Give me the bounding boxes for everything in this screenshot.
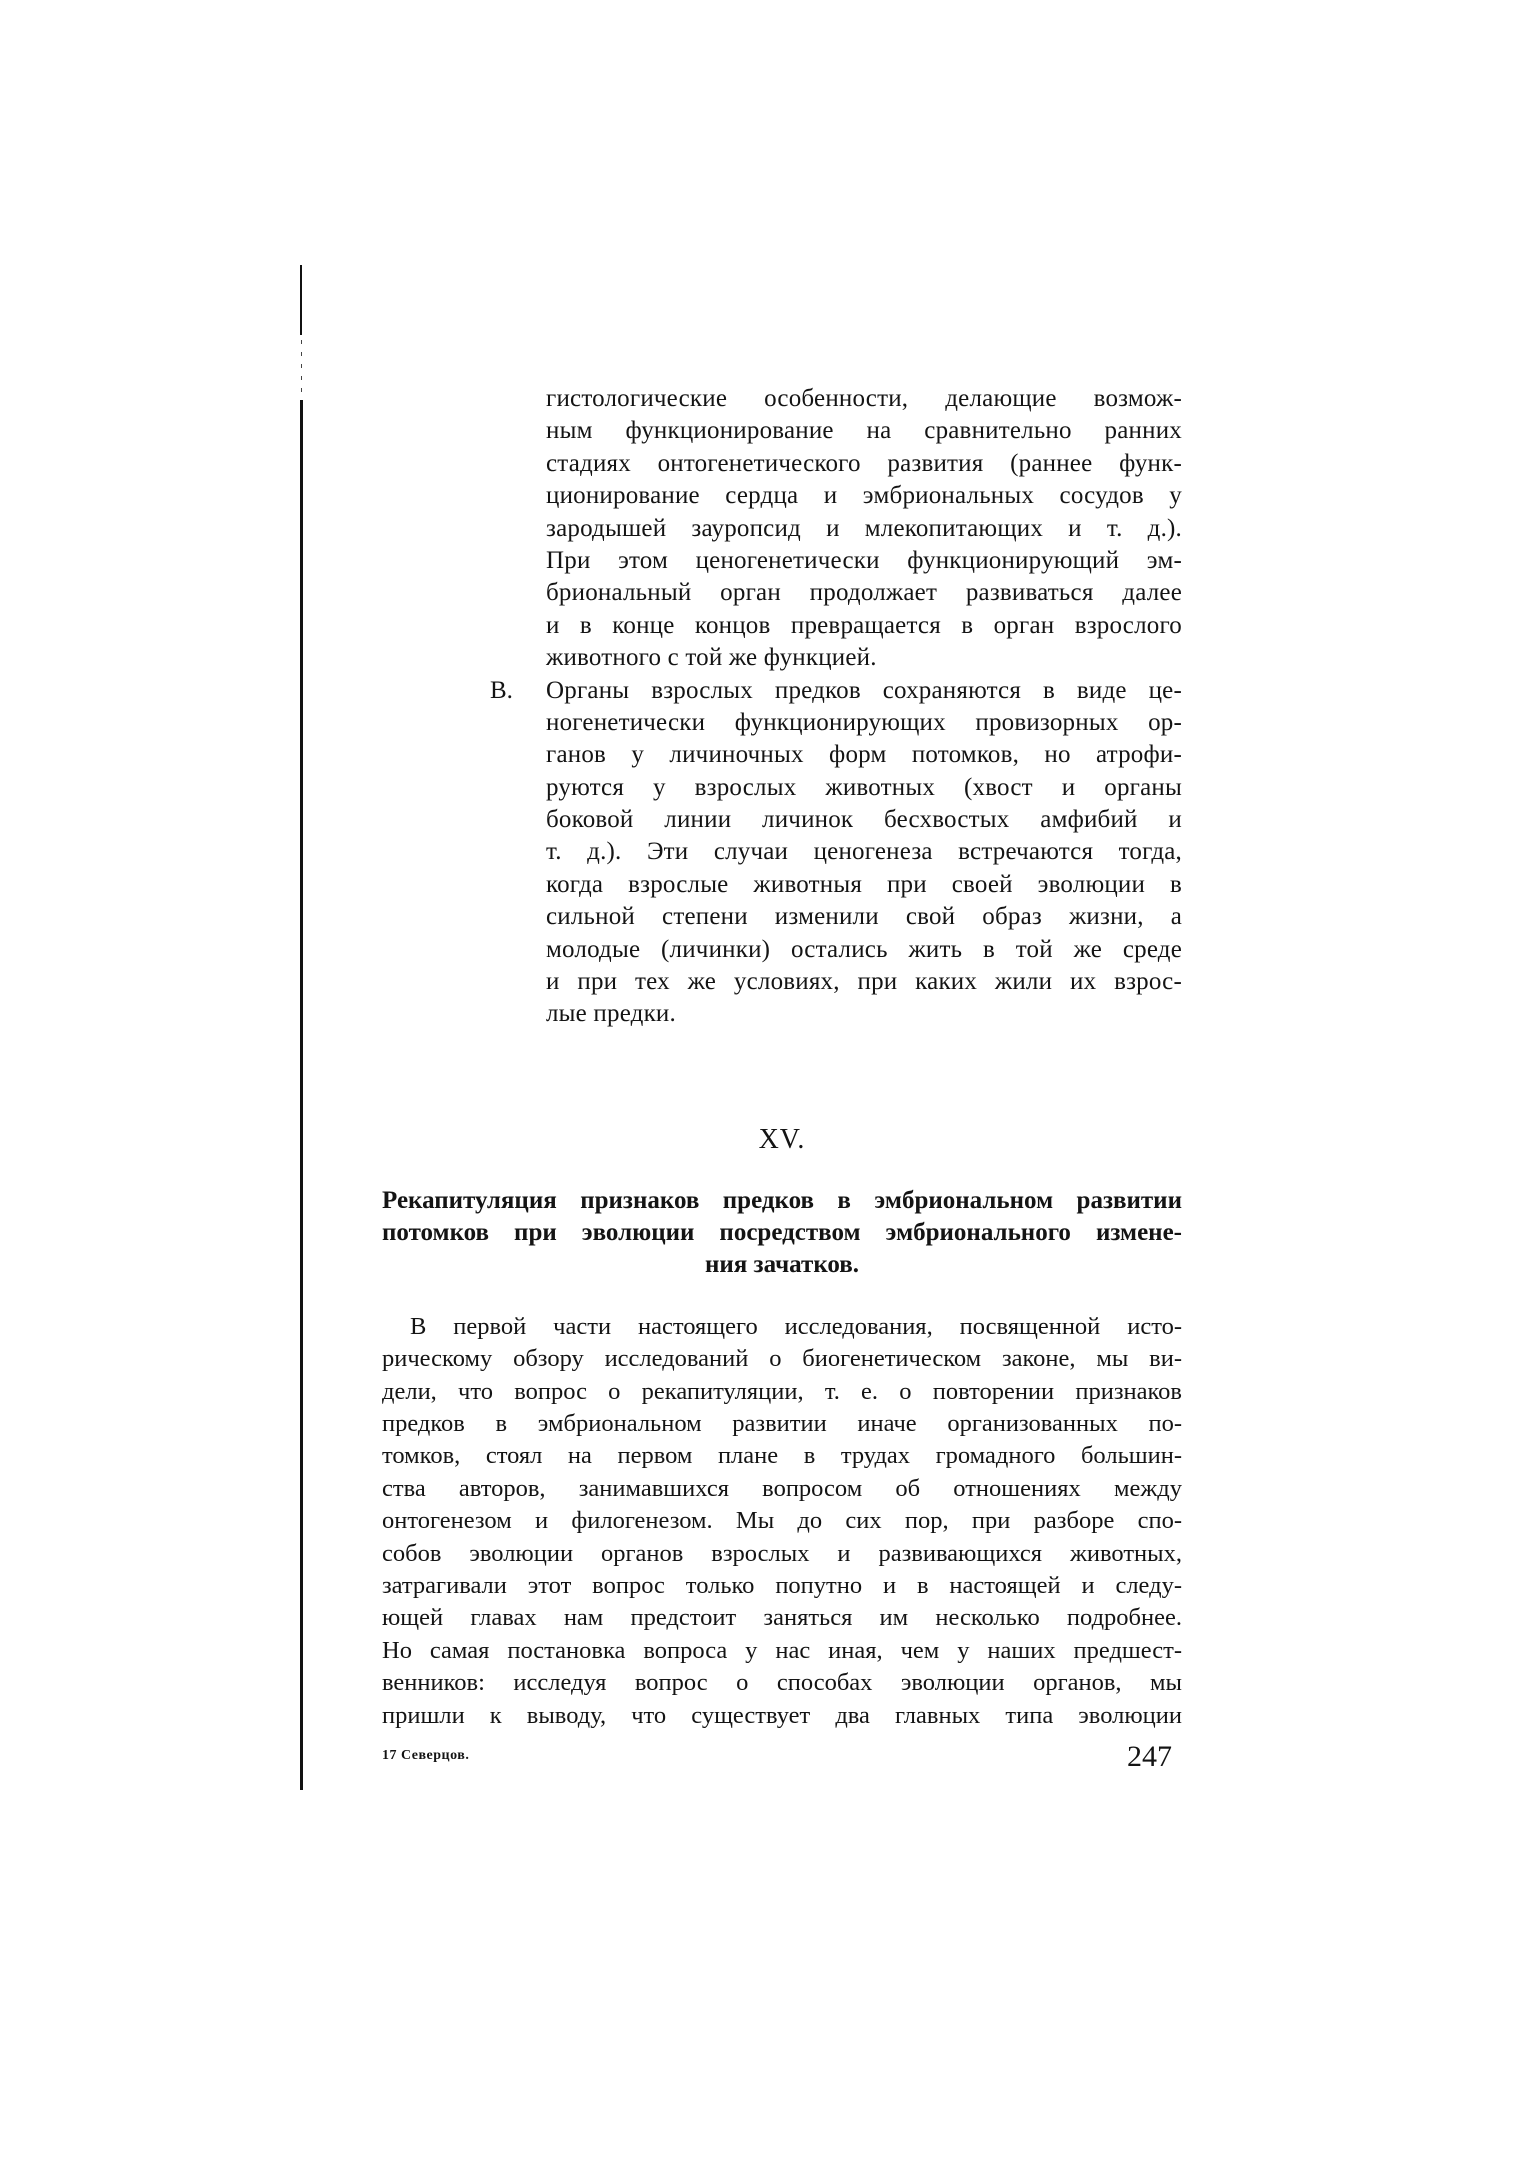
book-page: гистологические особенности, делающие во… [382, 383, 1182, 1780]
text-line: ционирование сердца и эмбриональных сосу… [546, 480, 1182, 512]
chapter-title-line: потомков при эволюции посредством эмбрио… [382, 1217, 1182, 1249]
text-line: ганов у личиночных форм потомков, но атр… [546, 739, 1182, 771]
page-footer: 17 Северцов. 247 [382, 1740, 1182, 1780]
text-line: животного с той же функцией. [546, 642, 1182, 674]
text-line: собов эволюции органов взрослых и развив… [382, 1538, 1182, 1570]
chapter-title-line: ния зачатков. [382, 1249, 1182, 1281]
chapter-title: Рекапитуляция признаков предков в эмбрио… [382, 1185, 1182, 1281]
text-line: и в конце концов превращается в орган вз… [546, 610, 1182, 642]
list-item-body: Органы взрослых предков сохраняются в ви… [546, 675, 1182, 1031]
continuation-text: гистологические особенности, делающие во… [546, 383, 1182, 675]
text-line: молодые (личинки) остались жить в той же… [546, 934, 1182, 966]
list-marker: B. [490, 675, 513, 707]
text-line: лые предки. [546, 998, 1182, 1030]
body-paragraph: В первой части настоящего исследования, … [382, 1311, 1182, 1732]
text-line: онтогенезом и филогенезом. Мы до сих пор… [382, 1505, 1182, 1537]
text-line: При этом ценогенетически функционирующий… [546, 545, 1182, 577]
text-line: бриональный орган продолжает развиваться… [546, 577, 1182, 609]
text-line: ющей главах нам предстоит заняться им не… [382, 1602, 1182, 1634]
text-line: сильной степени изменили свой образ жизн… [546, 901, 1182, 933]
scan-margin-rule-dotted [301, 340, 302, 400]
text-line: ным функционирование на сравнительно ран… [546, 415, 1182, 447]
text-line: томков, стоял на первом плане в трудах г… [382, 1440, 1182, 1472]
text-line: дели, что вопрос о рекапитуляции, т. е. … [382, 1376, 1182, 1408]
list-item-b: B. Органы взрослых предков сохраняются в… [490, 675, 1182, 1031]
text-line: т. д.). Эти случаи ценогенеза встречаютс… [546, 836, 1182, 868]
text-line: В первой части настоящего исследования, … [382, 1311, 1182, 1343]
text-line: ногенетически функционирующих провизорны… [546, 707, 1182, 739]
chapter-title-line: Рекапитуляция признаков предков в эмбрио… [382, 1185, 1182, 1217]
text-line: рическому обзору исследований о биогенет… [382, 1343, 1182, 1375]
text-line: зародышей зауропсид и млекопитающих и т.… [546, 513, 1182, 545]
scan-margin-rule-top [300, 265, 302, 335]
text-line: затрагивали этот вопрос только попутно и… [382, 1570, 1182, 1602]
text-line: гистологические особенности, делающие во… [546, 383, 1182, 415]
printer-signature: 17 Северцов. [382, 1748, 469, 1764]
text-line: и при тех же условиях, при каких жили их… [546, 966, 1182, 998]
text-line: венников: исследуя вопрос о способах эво… [382, 1667, 1182, 1699]
text-line: предков в эмбриональном развитии иначе о… [382, 1408, 1182, 1440]
text-line: Органы взрослых предков сохраняются в ви… [546, 675, 1182, 707]
text-line: пришли к выводу, что существует два глав… [382, 1700, 1182, 1732]
chapter-number: XV. [382, 1123, 1182, 1157]
text-line: боковой линии личинок бесхвостых амфибий… [546, 804, 1182, 836]
text-line: когда взрослые животныя при своей эволюц… [546, 869, 1182, 901]
text-line: стадиях онтогенетического развития (ранн… [546, 448, 1182, 480]
text-line: Но самая постановка вопроса у нас иная, … [382, 1635, 1182, 1667]
scan-margin-rule [300, 400, 303, 1790]
page-number: 247 [1127, 1740, 1172, 1774]
text-line: руются у взрослых животных (хвост и орга… [546, 772, 1182, 804]
text-line: ства авторов, занимавшихся вопросом об о… [382, 1473, 1182, 1505]
